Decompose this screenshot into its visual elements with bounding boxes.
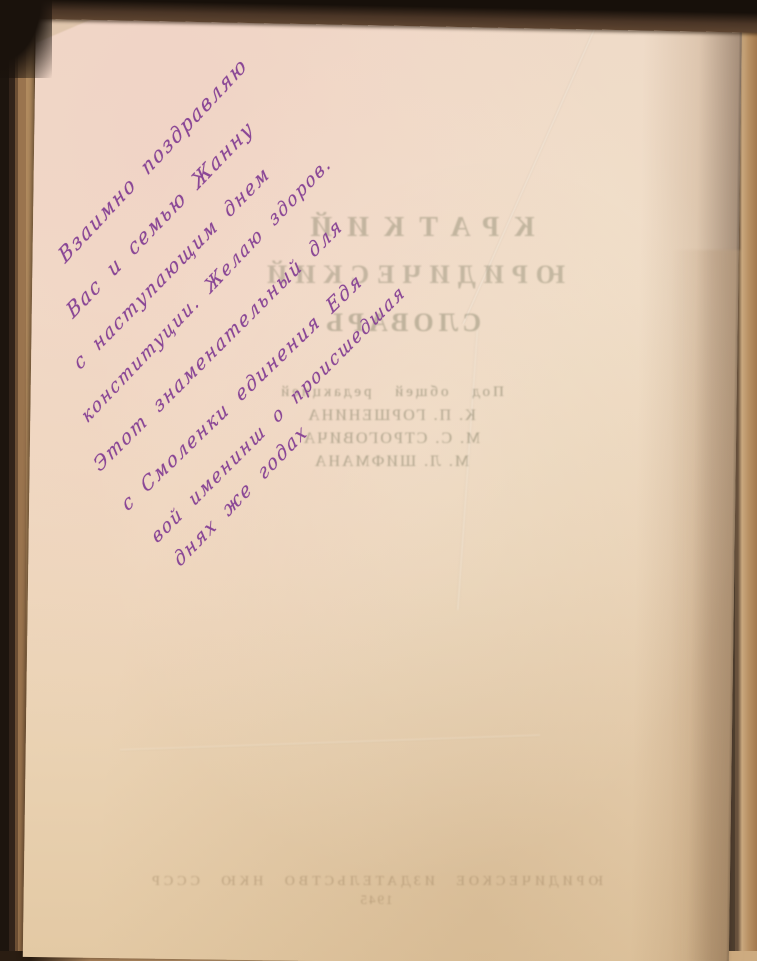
cover-corner-top-left (0, 0, 52, 78)
showthrough-byline: Под общей редакцией (226, 384, 556, 401)
page-curl-shadow (672, 250, 742, 961)
showthrough-publisher: ЮРИДИЧЕСКОЕ ИЗДАТЕЛЬСТВО НКЮ СССР (88, 874, 663, 890)
book-scan: КРАТКИЙ ЮРИДИЧЕСКИЙ СЛОВАРЬ Под общей ре… (0, 0, 757, 961)
showthrough-year: 1945 (88, 892, 663, 908)
